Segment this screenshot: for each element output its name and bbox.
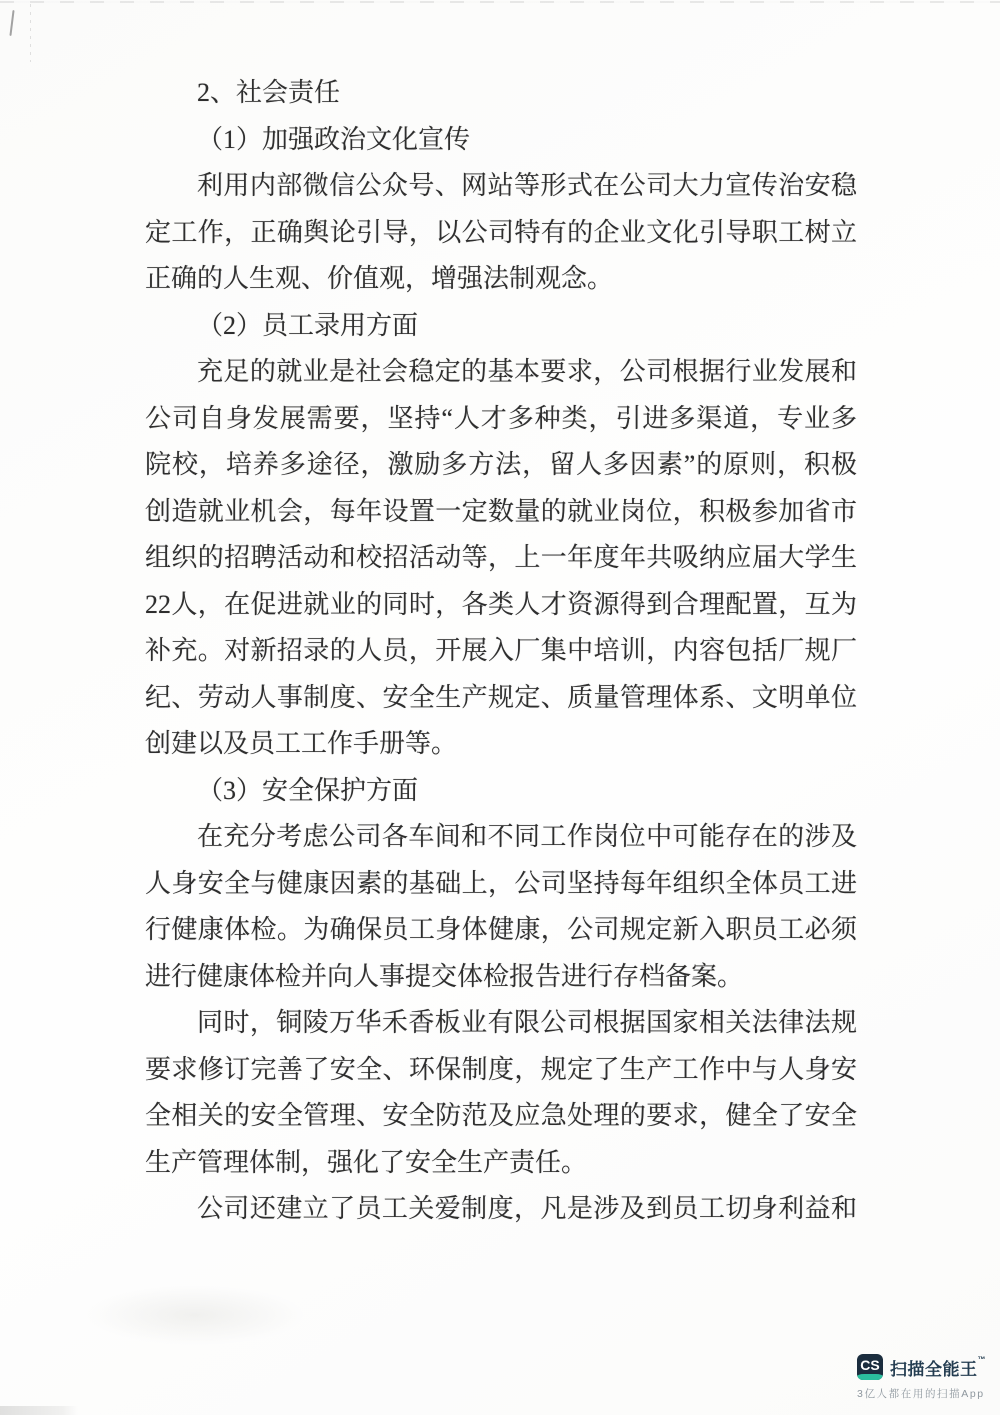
text-line: 在充分考虑公司各车间和不同工作岗位中可能存在的涉及	[145, 814, 857, 861]
camscanner-logo-icon: CS	[857, 1354, 883, 1380]
text-line: 22人，在促进就业的同时，各类人才资源得到合理配置，互为	[145, 582, 857, 629]
trademark-symbol: ™	[978, 1355, 987, 1364]
watermark-tagline: 3亿人都在用的扫描App	[857, 1386, 989, 1401]
text-line: 补充。对新招录的人员，开展入厂集中培训，内容包括厂规厂	[145, 628, 857, 675]
scan-artifact-corner-mark	[9, 10, 14, 36]
document-text: 2、社会责任（1）加强政治文化宣传利用内部微信公众号、网站等形式在公司大力宣传治…	[145, 70, 857, 1233]
text-line: 正确的人生观、价值观，增强法制观念。	[145, 256, 857, 303]
watermark-logo-row: CS 扫描全能王™	[857, 1354, 989, 1380]
scan-artifact-smudge	[85, 1285, 305, 1345]
text-line: 充足的就业是社会稳定的基本要求，公司根据行业发展和	[145, 349, 857, 396]
scanned-document-page: 2、社会责任（1）加强政治文化宣传利用内部微信公众号、网站等形式在公司大力宣传治…	[0, 0, 1000, 1415]
text-line: 创建以及员工工作手册等。	[145, 721, 857, 768]
scan-artifact-top-edge	[0, 1, 1000, 3]
text-line: 全相关的安全管理、安全防范及应急处理的要求，健全了安全	[145, 1093, 857, 1140]
scan-artifact-bottom-strip	[0, 1406, 78, 1415]
text-line: 院校，培养多途径，激励多方法，留人多因素”的原则，积极	[145, 442, 857, 489]
text-line: 组织的招聘活动和校招活动等，上一年度年共吸纳应届大学生	[145, 535, 857, 582]
text-line: （1）加强政治文化宣传	[145, 117, 857, 164]
text-line: 2、社会责任	[145, 70, 857, 117]
text-line: 人身安全与健康因素的基础上，公司坚持每年组织全体员工进	[145, 861, 857, 908]
text-line: （2）员工录用方面	[145, 303, 857, 350]
camscanner-logo-text: CS	[857, 1355, 883, 1376]
camscanner-logo-accent	[857, 1374, 883, 1380]
text-line: 定工作，正确舆论引导，以公司特有的企业文化引导职工树立	[145, 210, 857, 257]
text-line: 公司还建立了员工关爱制度，凡是涉及到员工切身利益和	[145, 1186, 857, 1233]
text-line: 创造就业机会，每年设置一定数量的就业岗位，积极参加省市	[145, 489, 857, 536]
text-line: 生产管理体制，强化了安全生产责任。	[145, 1140, 857, 1187]
scan-artifact-dotted-line	[30, 4, 31, 62]
text-line: （3）安全保护方面	[145, 768, 857, 815]
text-line: 公司自身发展需要，坚持“人才多种类，引进多渠道，专业多	[145, 396, 857, 443]
text-line: 利用内部微信公众号、网站等形式在公司大力宣传治安稳	[145, 163, 857, 210]
text-line: 同时，铜陵万华禾香板业有限公司根据国家相关法律法规	[145, 1000, 857, 1047]
text-line: 进行健康体检并向人事提交体检报告进行存档备案。	[145, 954, 857, 1001]
camscanner-watermark: CS 扫描全能王™ 3亿人都在用的扫描App	[857, 1354, 989, 1401]
text-line: 行健康体检。为确保员工身体健康，公司规定新入职员工必须	[145, 907, 857, 954]
watermark-app-name: 扫描全能王™	[890, 1355, 986, 1380]
text-line: 要求修订完善了安全、环保制度，规定了生产工作中与人身安	[145, 1047, 857, 1094]
text-line: 纪、劳动人事制度、安全生产规定、质量管理体系、文明单位	[145, 675, 857, 722]
